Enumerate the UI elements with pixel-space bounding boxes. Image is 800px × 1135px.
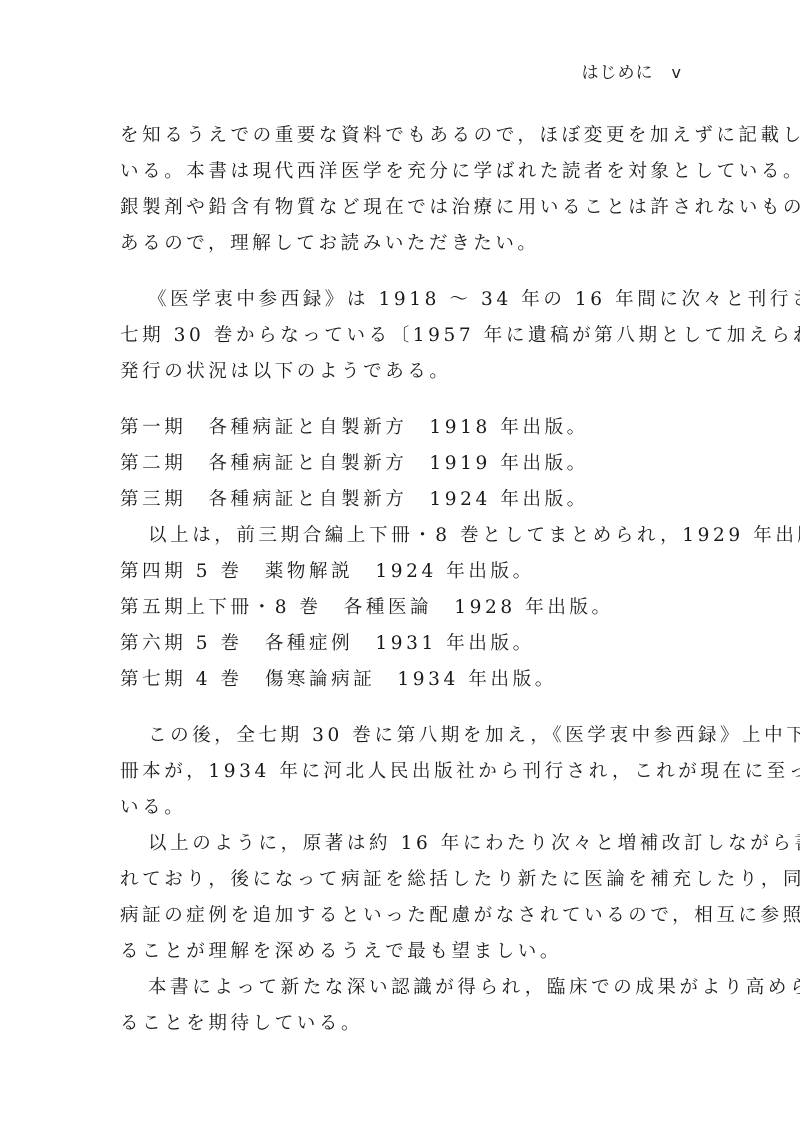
text-line: を知るうえでの重要な資料でもあるので，ほぼ変更を加えずに記載して <box>120 118 684 154</box>
paragraph-continuation: を知るうえでの重要な資料でもあるので，ほぼ変更を加えずに記載して いる。本書は現… <box>120 118 684 262</box>
list-item: 第六期 5 巻 各種症例 1931 年出版。 <box>120 626 684 662</box>
list-item: 第五期上下冊・8 巻 各種医論 1928 年出版。 <box>120 590 684 626</box>
text-line: 《医学衷中参西録》は 1918 ～ 34 年の 16 年間に次々と刊行され，全 <box>120 282 684 318</box>
text-line: いる。 <box>120 790 684 826</box>
publication-list: 第一期 各種病証と自製新方 1918 年出版。 第二期 各種病証と自製新方 19… <box>120 410 684 698</box>
list-item: 第一期 各種病証と自製新方 1918 年出版。 <box>120 410 684 446</box>
page-number: v <box>672 63 682 82</box>
text-line: 発行の状況は以下のようである。 <box>120 354 684 390</box>
text-line: 冊本が，1934 年に河北人民出版社から刊行され，これが現在に至って <box>120 754 684 790</box>
text-line: れており，後になって病証を総括したり新たに医論を補充したり，同じ <box>120 862 684 898</box>
text-line: 七期 30 巻からなっている〔1957 年に遺稿が第八期として加えられた〕。 <box>120 318 684 354</box>
paragraph-publication-history: 《医学衷中参西録》は 1918 ～ 34 年の 16 年間に次々と刊行され，全 … <box>120 282 684 390</box>
list-item: 第四期 5 巻 薬物解説 1924 年出版。 <box>120 554 684 590</box>
text-line: 病証の症例を追加するといった配慮がなされているので，相互に参照す <box>120 898 684 934</box>
body-text: を知るうえでの重要な資料でもあるので，ほぼ変更を加えずに記載して いる。本書は現… <box>120 118 684 1042</box>
paragraph-closing: この後，全七期 30 巻に第八期を加え，《医学衷中参西録》上中下の三 冊本が，1… <box>120 718 684 1042</box>
list-note: 以上は，前三期合編上下冊・8 巻としてまとめられ，1929 年出版。 <box>120 518 684 554</box>
list-item: 第二期 各種病証と自製新方 1919 年出版。 <box>120 446 684 482</box>
paragraph-gap <box>120 390 684 410</box>
text-line: ることを期待している。 <box>120 1006 684 1042</box>
text-line: あるので，理解してお読みいただきたい。 <box>120 226 684 262</box>
section-title: はじめに <box>582 63 654 83</box>
text-line: 銀製剤や鉛含有物質など現在では治療に用いることは許されないものも <box>120 190 684 226</box>
list-item: 第三期 各種病証と自製新方 1924 年出版。 <box>120 482 684 518</box>
text-line: ることが理解を深めるうえで最も望ましい。 <box>120 934 684 970</box>
paragraph-gap <box>120 698 684 718</box>
list-item: 第七期 4 巻 傷寒論病証 1934 年出版。 <box>120 662 684 698</box>
text-line: いる。本書は現代西洋医学を充分に学ばれた読者を対象としている。水 <box>120 154 684 190</box>
paragraph-gap <box>120 262 684 282</box>
text-line: 本書によって新たな深い認識が得られ，臨床での成果がより高められ <box>120 970 684 1006</box>
running-head: はじめにv <box>582 58 682 83</box>
text-line: この後，全七期 30 巻に第八期を加え，《医学衷中参西録》上中下の三 <box>120 718 684 754</box>
text-line: 以上のように，原著は約 16 年にわたり次々と増補改訂しながら書か <box>120 826 684 862</box>
